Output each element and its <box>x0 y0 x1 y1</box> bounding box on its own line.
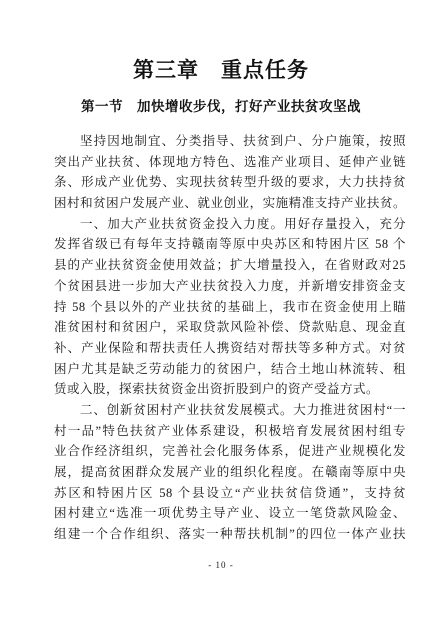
paragraph: 坚持因地制宜、分类指导、扶贫到户、分户施策，按照突出产业扶贫、体现地方特色、选准… <box>54 131 406 214</box>
body-line: 业合作经济组织，完善社会化服务体系，促进产业规模化发 <box>54 441 406 462</box>
body-line: 困户尤其是缺乏劳动能力的贫困户，结合土地山林流转、租 <box>54 359 406 380</box>
paragraph: 二、创新贫困村产业扶贫发展模式。大力推进贫困村“一村一品”特色扶贫产业体系建设，… <box>54 400 406 545</box>
body-line: 个贫困县进一步加大产业扶贫投入力度，并新增安排资金支 <box>54 276 406 297</box>
body-line: 村一品”特色扶贫产业体系建设，积极培育发展贫困村组专 <box>54 421 406 442</box>
document-body: 坚持因地制宜、分类指导、扶贫到户、分户施策，按照突出产业扶贫、体现地方特色、选准… <box>54 131 406 545</box>
body-line: 赁或入股，探索扶贫资金出资折股到户的资产受益方式。 <box>54 379 406 400</box>
body-line: 发挥省级已有每年支持赣南等原中央苏区和特困片区 58 个 <box>54 234 406 255</box>
body-line: 展，提高贫困群众发展产业的组织化程度。在赣南等原中央 <box>54 462 406 483</box>
paragraph: 一、加大产业扶贫资金投入力度。用好存量投入，充分发挥省级已有每年支持赣南等原中央… <box>54 214 406 400</box>
document-page: 第三章 重点任务 第一节 加快增收步伐，打好产业扶贫攻坚战 坚持因地制宜、分类指… <box>0 0 442 625</box>
body-line: 苏区和特困片区 58 个县设立“产业扶贫信贷通”，支持贫 <box>54 483 406 504</box>
body-line: 困村建立“选准一项优势主导产业、设立一笔贷款风险金、 <box>54 503 406 524</box>
body-line: 持 58 个县以外的产业扶贫的基础上，我市在资金使用上瞄 <box>54 297 406 318</box>
page-number: - 10 - <box>0 560 442 570</box>
section-title: 第一节 加快增收步伐，打好产业扶贫攻坚战 <box>0 98 442 116</box>
body-line: 组建一个合作组织、落实一种帮扶机制”的四位一体产业扶 <box>54 524 406 545</box>
body-line: 补、产业保险和帮扶责任人携资结对帮扶等多种方式。对贫 <box>54 338 406 359</box>
body-line: 准贫困村和贫困户，采取贷款风险补偿、贷款贴息、现金直 <box>54 317 406 338</box>
body-line: 困村和贫困户发展产业、就业创业，实施精准支持产业扶贫。 <box>54 193 406 214</box>
body-line: 坚持因地制宜、分类指导、扶贫到户、分户施策，按照 <box>54 131 406 152</box>
chapter-title: 第三章 重点任务 <box>0 58 442 84</box>
body-line: 县的产业扶贫资金使用效益；扩大增量投入，在省财政对25 <box>54 255 406 276</box>
body-line: 突出产业扶贫、体现地方特色、选准产业项目、延伸产业链 <box>54 152 406 173</box>
body-line: 二、创新贫困村产业扶贫发展模式。大力推进贫困村“一 <box>54 400 406 421</box>
body-line: 一、加大产业扶贫资金投入力度。用好存量投入，充分 <box>54 214 406 235</box>
body-line: 条、形成产业优势、实现扶贫转型升级的要求，大力扶持贫 <box>54 172 406 193</box>
